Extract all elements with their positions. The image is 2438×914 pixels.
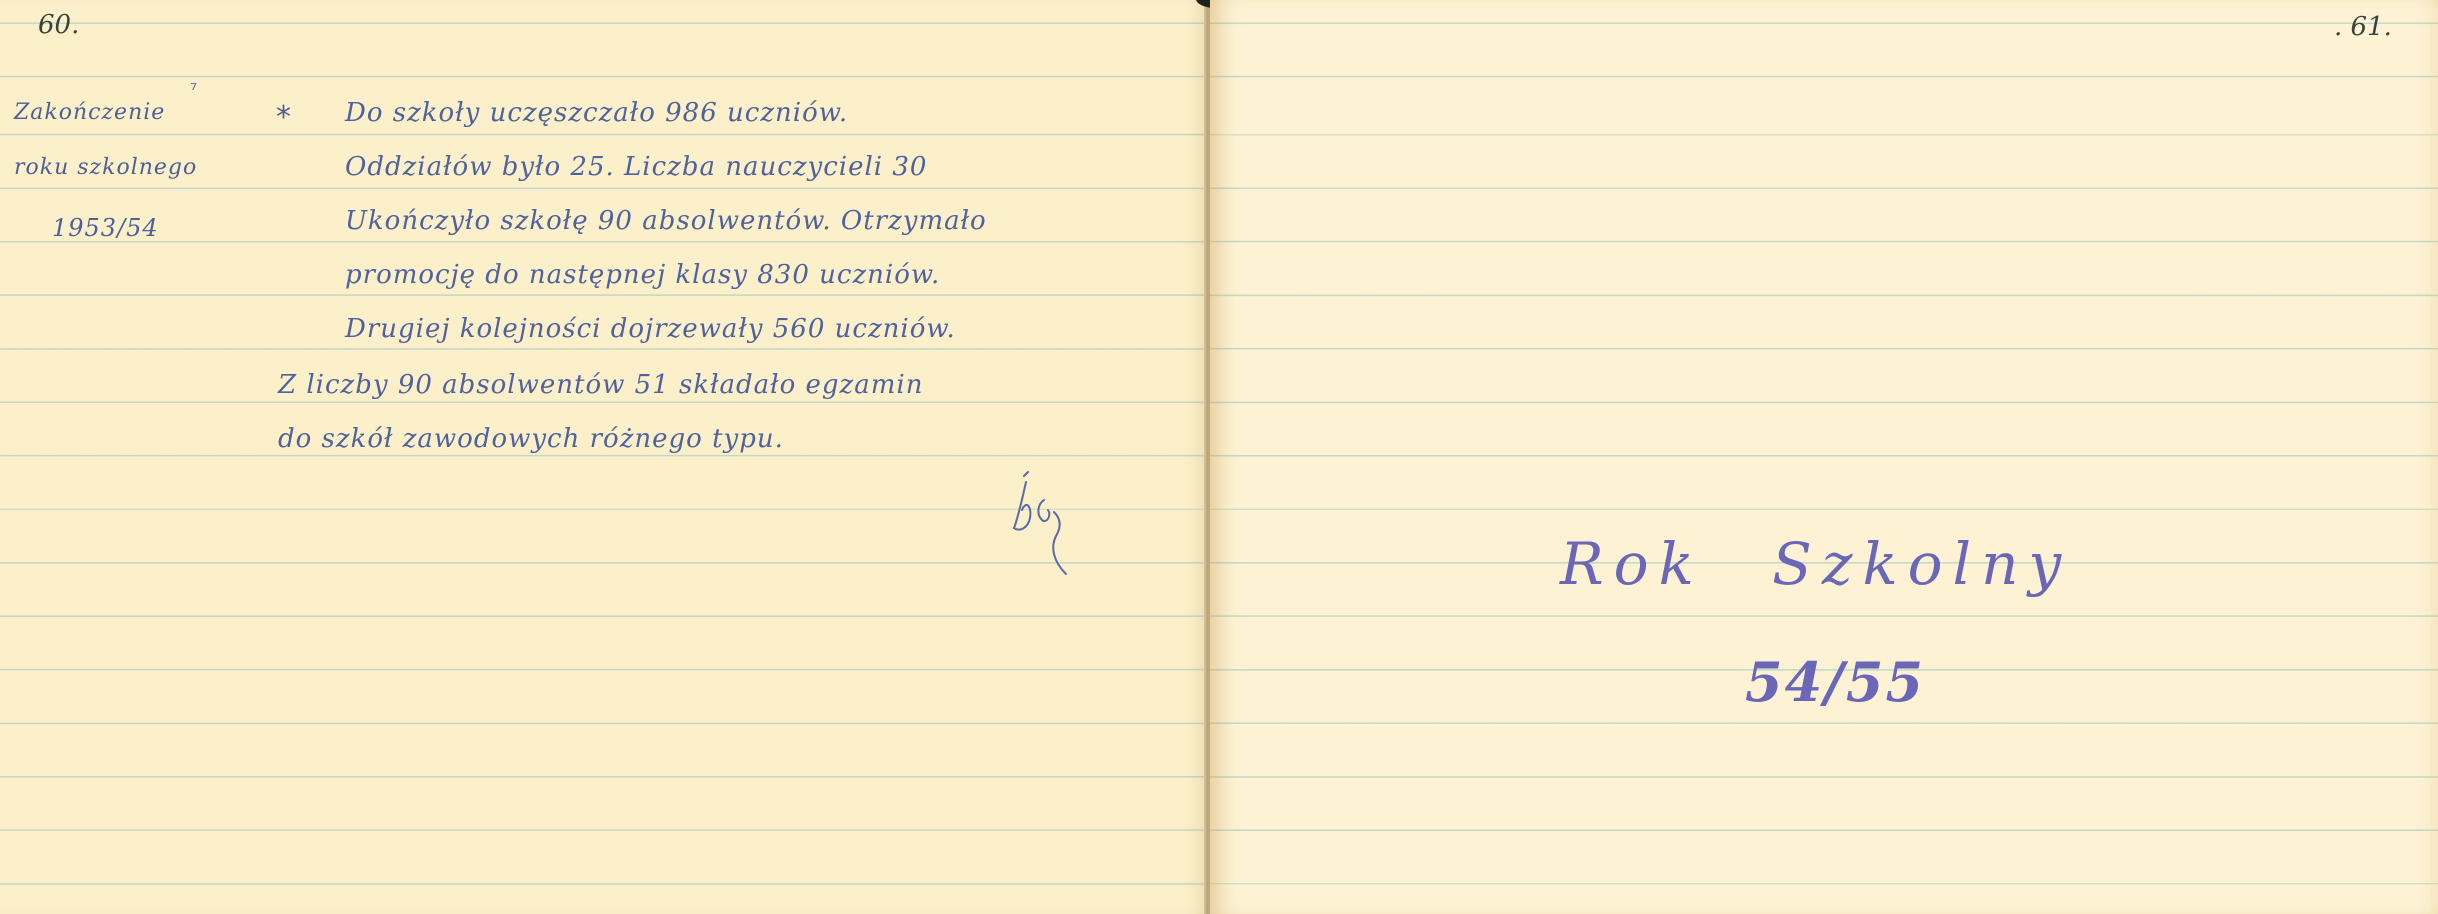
entry-line-4: promocję do następnej klasy 830 uczniów.: [345, 260, 940, 290]
signature-icon: [1004, 470, 1094, 580]
page-number-left: 60.: [38, 10, 79, 40]
margin-note-line-1: Zakończenie: [14, 100, 165, 125]
margin-note-line-2: roku szkolnego: [14, 155, 197, 180]
school-year-value: 54/55: [1745, 650, 1925, 714]
entry-line-5: Drugiej kolejności dojrzewały 560 ucznió…: [345, 314, 956, 344]
left-page: 60. ⁷ Zakończenie roku szkolnego 1953/54…: [0, 0, 1208, 914]
entry-line-6: Z liczby 90 absolwentów 51 składało egza…: [278, 370, 923, 400]
entry-line-2: Oddziałów było 25. Liczba nauczycieli 30: [345, 152, 927, 182]
insertion-mark-icon: ⁷: [190, 80, 197, 101]
school-year-heading: Rok Szkolny: [1560, 530, 2071, 598]
page-number-right: . 61.: [2334, 12, 2392, 42]
margin-note-school-year: 1953/54: [52, 214, 159, 242]
entry-line-1: Do szkoły uczęszczało 986 uczniów.: [345, 98, 848, 128]
entry-line-7: do szkół zawodowych różnego typu.: [278, 424, 784, 454]
right-page: [1210, 0, 2438, 914]
notebook-spread: 60. ⁷ Zakończenie roku szkolnego 1953/54…: [0, 0, 2438, 914]
asterisk-icon: *: [276, 100, 291, 135]
entry-line-3: Ukończyło szkołę 90 absolwentów. Otrzyma…: [345, 206, 987, 236]
